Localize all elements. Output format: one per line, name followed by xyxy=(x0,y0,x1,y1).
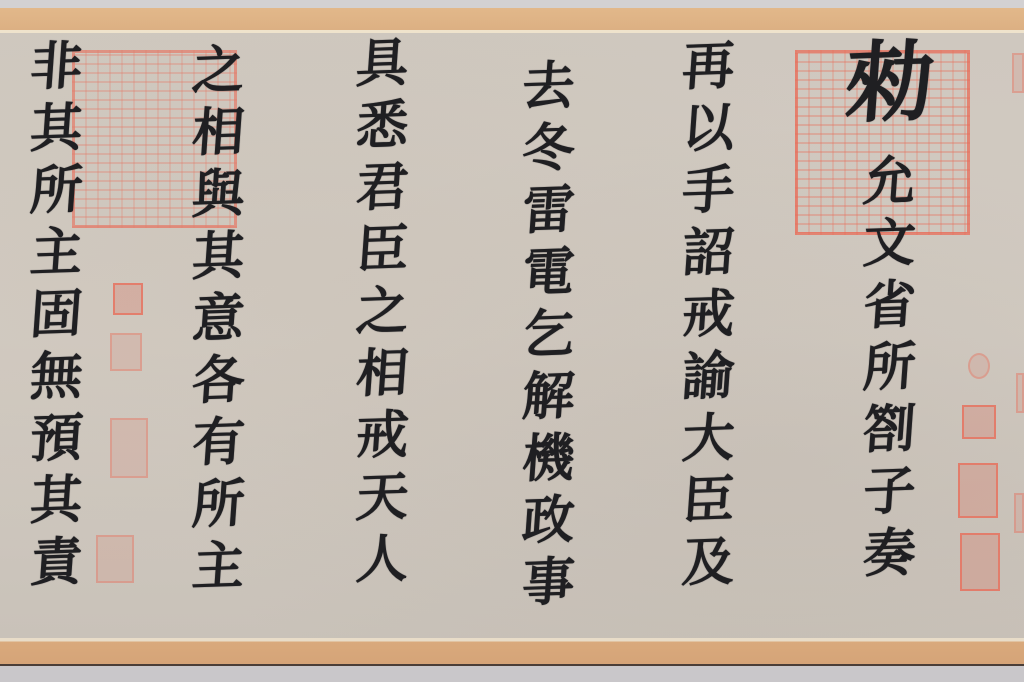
character: 電 xyxy=(520,246,577,310)
character: 戒 xyxy=(354,409,411,473)
character: 機 xyxy=(520,432,577,496)
character: 大 xyxy=(680,412,737,476)
character: 天 xyxy=(354,471,411,535)
character: 去 xyxy=(520,60,577,124)
character: 相 xyxy=(354,347,411,411)
character: 戒 xyxy=(680,288,737,352)
small-seal xyxy=(96,535,134,583)
calligraphy-column-2: 再 以 手 詔 戒 諭 大 臣 及 xyxy=(682,41,734,599)
small-seal xyxy=(1012,53,1024,93)
calligraphy-column-4: 具 悉 君 臣 之 相 戒 天 人 xyxy=(356,38,408,596)
character: 相 xyxy=(190,106,247,170)
character: 奏 xyxy=(861,527,918,591)
character: 固 xyxy=(28,288,85,352)
character: 文 xyxy=(861,217,918,281)
character: 臣 xyxy=(680,474,737,538)
character: 主 xyxy=(28,226,85,290)
calligraphy-column-6: 非 其 所 主 固 無 預 其 責 xyxy=(30,41,82,599)
character: 冬 xyxy=(520,122,577,186)
character: 允 xyxy=(861,155,918,219)
small-seal xyxy=(113,283,143,315)
character: 悉 xyxy=(354,99,411,163)
character: 各 xyxy=(190,354,247,418)
character: 之 xyxy=(354,285,411,349)
character: 所 xyxy=(28,164,85,228)
small-seal xyxy=(962,405,996,439)
character: 勑 xyxy=(841,37,938,158)
character: 所 xyxy=(190,478,247,542)
character: 事 xyxy=(520,556,577,620)
character: 乞 xyxy=(520,308,577,372)
scroll-mount-bottom-border xyxy=(0,638,1024,664)
character: 君 xyxy=(354,161,411,225)
character: 其 xyxy=(190,230,247,294)
character: 意 xyxy=(190,292,247,356)
character: 諭 xyxy=(680,350,737,414)
character: 子 xyxy=(861,465,918,529)
character: 預 xyxy=(28,412,85,476)
character: 政 xyxy=(520,494,577,558)
small-seal xyxy=(1016,373,1024,413)
character: 所 xyxy=(861,341,918,405)
calligraphy-column-3: 去 冬 雷 電 乞 解 機 政 事 xyxy=(522,61,574,619)
character: 臣 xyxy=(354,223,411,287)
small-seal xyxy=(110,418,148,478)
small-seal xyxy=(110,333,142,371)
character: 責 xyxy=(28,536,85,600)
character: 其 xyxy=(28,474,85,538)
character: 雷 xyxy=(520,184,577,248)
small-seal xyxy=(1014,493,1024,533)
character: 人 xyxy=(354,533,411,597)
character: 與 xyxy=(190,168,247,232)
small-seal xyxy=(968,353,990,379)
scroll-mount-top-border xyxy=(0,8,1024,33)
small-seal xyxy=(960,533,1000,591)
small-seal xyxy=(958,463,998,518)
character: 再 xyxy=(680,40,737,104)
character: 非 xyxy=(28,40,85,104)
character: 詔 xyxy=(680,226,737,290)
character: 及 xyxy=(680,536,737,600)
character: 主 xyxy=(190,540,247,604)
character: 有 xyxy=(190,416,247,480)
character: 省 xyxy=(861,279,918,343)
calligraphy-column-1: 勑 允 文 省 所 劄 子 奏 xyxy=(845,38,933,590)
character: 無 xyxy=(28,350,85,414)
calligraphy-column-5: 之 相 與 其 意 各 有 所 主 xyxy=(192,45,244,603)
character: 以 xyxy=(680,102,737,166)
character: 其 xyxy=(28,102,85,166)
character: 解 xyxy=(520,370,577,434)
character: 劄 xyxy=(861,403,918,467)
display-case-ledge xyxy=(0,664,1024,682)
character: 手 xyxy=(680,164,737,228)
character: 之 xyxy=(190,44,247,108)
wall-top xyxy=(0,0,1024,8)
character: 具 xyxy=(354,37,411,101)
scroll-paper: 勑 允 文 省 所 劄 子 奏 再 以 手 詔 戒 諭 大 臣 及 去 冬 雷 … xyxy=(0,33,1024,638)
